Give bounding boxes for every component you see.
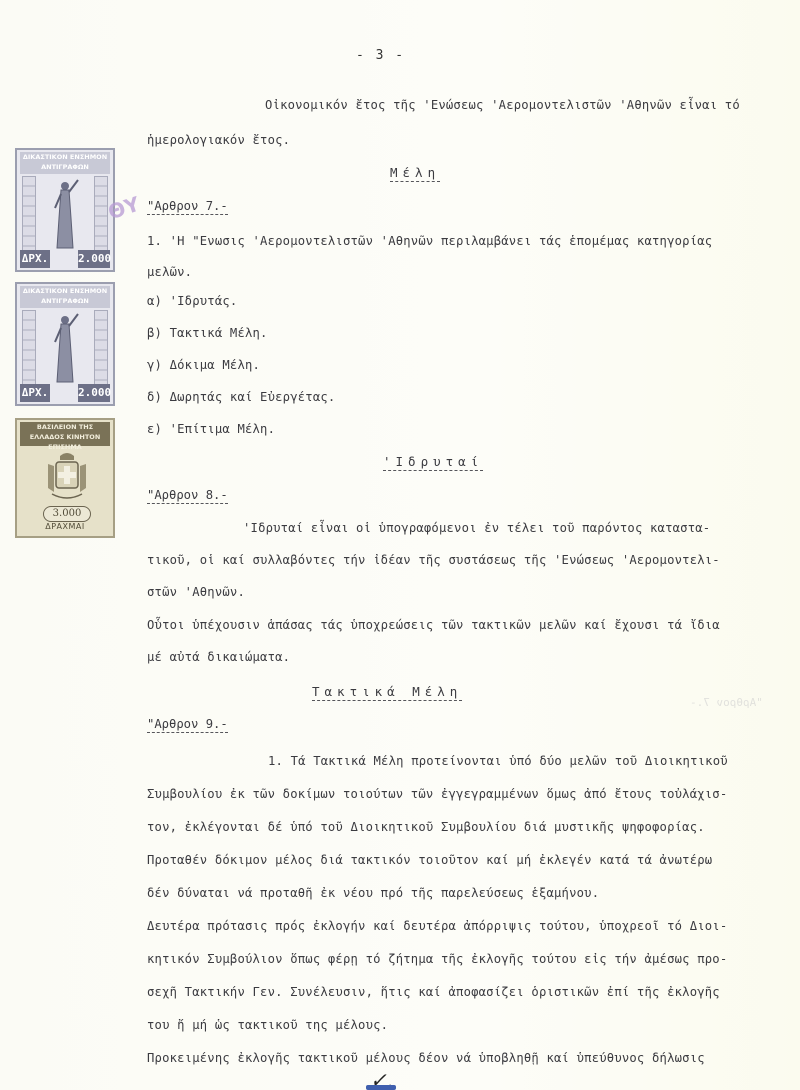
section-heading-regular-members: Τακτικά Μέλη [312, 684, 462, 701]
stamp-border-ornament [22, 176, 36, 252]
article-9-line: τον, ἐκλέγονται δέ ὑπό τοῦ Διοικητικοῦ Σ… [147, 820, 705, 834]
category-item: γ) Δόκιμα Μέλη. [147, 358, 260, 372]
article-8-line: μέ αὐτά δικαιώματα. [147, 650, 290, 664]
intro-line: ἡμερολογιακόν ἔτος. [147, 133, 290, 147]
revenue-stamp: ΒΑΣΙΛΕΙΟΝ ΤΗΣ ΕΛΛΑΔΟΣ ΚΙΝΗΤΟΝ ΕΠΙΣΗΜΑ 3.… [15, 418, 115, 538]
article-9-line: Προκειμένης ἐκλογῆς τακτικοῦ μέλους δέον… [147, 1051, 705, 1065]
coat-of-arms-icon [44, 452, 90, 502]
stamp-border-ornament [94, 310, 108, 386]
blue-ink-mark [366, 1085, 396, 1090]
section-heading-founders: 'Ιδρυταί [383, 454, 483, 471]
stamp-border-ornament [22, 310, 36, 386]
article-9-line: σεχῆ Τακτικήν Γεν. Συνέλευσιν, ἥτις καί … [147, 985, 720, 999]
article-8-line: τικοῦ, οἱ καί συλλαβόντες τήν ἰδέαν τῆς … [147, 553, 720, 567]
stamp-currency: ΔΡΑΧΜΑΙ [17, 522, 113, 531]
stamp-value: 3.000 [43, 506, 91, 522]
stamp-value: 2.000 [78, 384, 110, 402]
page-number: - 3 - [356, 48, 405, 63]
article-8-line: Οὗτοι ὑπέχουσιν ἁπάσας τάς ὑποχρεώσεις τ… [147, 618, 720, 632]
category-item: α) 'Ιδρυτάς. [147, 294, 237, 308]
article-7-line: 1. 'Η "Ενωσις 'Αερομοντελιστῶν 'Αθηνῶν π… [147, 234, 712, 248]
article-8-title: "Αρθρον 8.- [147, 488, 228, 504]
stamp-header: ΔΙΚΑΣΤΙΚΟΝ ΕΝΣΗΜΟΝ ΑΝΤΙΓΡΑΦΩΝ [20, 286, 110, 308]
section-heading-members: Μέλη [390, 165, 440, 182]
stamp-border-ornament [94, 176, 108, 252]
article-9-line: 1. Τά Τακτικά Μέλη προτείνονται ὑπό δύο … [268, 754, 728, 768]
statue-figure-icon [51, 312, 81, 386]
article-9-line: Προταθέν δόκιμον μέλος διά τακτικόν τοιο… [147, 853, 712, 867]
bleed-through-text: "Αρθρον 7.- [690, 696, 763, 709]
article-9-line: Δευτέρα πρότασις πρός ἐκλογήν καί δευτέρ… [147, 919, 727, 933]
article-9-line: δέν δύναται νά προταθῆ ἐκ νέου πρό τῆς π… [147, 886, 599, 900]
stamp-value: 2.000 [78, 250, 110, 268]
justice-stamp-1: ΔΙΚΑΣΤΙΚΟΝ ΕΝΣΗΜΟΝ ΑΝΤΙΓΡΑΦΩΝ ΔΡΧ. 2.000 [15, 148, 115, 272]
stamp-header: ΒΑΣΙΛΕΙΟΝ ΤΗΣ ΕΛΛΑΔΟΣ ΚΙΝΗΤΟΝ ΕΠΙΣΗΜΑ [20, 422, 110, 446]
justice-stamp-2: ΔΙΚΑΣΤΙΚΟΝ ΕΝΣΗΜΟΝ ΑΝΤΙΓΡΑΦΩΝ ΔΡΧ. 2.000 [15, 282, 115, 406]
article-9-title: "Αρθρον 9.- [147, 717, 228, 733]
statue-figure-icon [51, 178, 81, 252]
article-8-line: 'Ιδρυταί εἶναι οἱ ὑπογραφόμενοι ἐν τέλει… [243, 521, 710, 535]
stamp-currency: ΔΡΧ. [20, 250, 50, 268]
category-item: ε) 'Επίτιμα Μέλη. [147, 422, 275, 436]
document-page: - 3 - ΔΙΚΑΣΤΙΚΟΝ ΕΝΣΗΜΟΝ ΑΝΤΙΓΡΑΦΩΝ ΔΡΧ.… [0, 0, 800, 1090]
intro-line: Οἰκονομικόν ἔτος τῆς 'Ενώσεως 'Αερομοντε… [265, 98, 740, 112]
article-9-line: κητικόν Συμβούλιον ὅπως φέρῃ τό ζήτημα τ… [147, 952, 727, 966]
stamp-header: ΔΙΚΑΣΤΙΚΟΝ ΕΝΣΗΜΟΝ ΑΝΤΙΓΡΑΦΩΝ [20, 152, 110, 174]
article-9-line: του ἤ μή ὡς τακτικοῦ της μέλους. [147, 1018, 388, 1032]
article-9-line: Συμβουλίου ἐκ τῶν δοκίμων τοιούτων τῶν ἐ… [147, 787, 727, 801]
article-8-line: στῶν 'Αθηνῶν. [147, 585, 245, 599]
stamp-currency: ΔΡΧ. [20, 384, 50, 402]
category-item: δ) Δωρητάς καί Εὐεργέτας. [147, 390, 335, 404]
article-7-line: μελῶν. [147, 265, 192, 279]
category-item: β) Τακτικά Μέλη. [147, 326, 268, 340]
article-7-title: "Αρθρον 7.- [147, 199, 228, 215]
